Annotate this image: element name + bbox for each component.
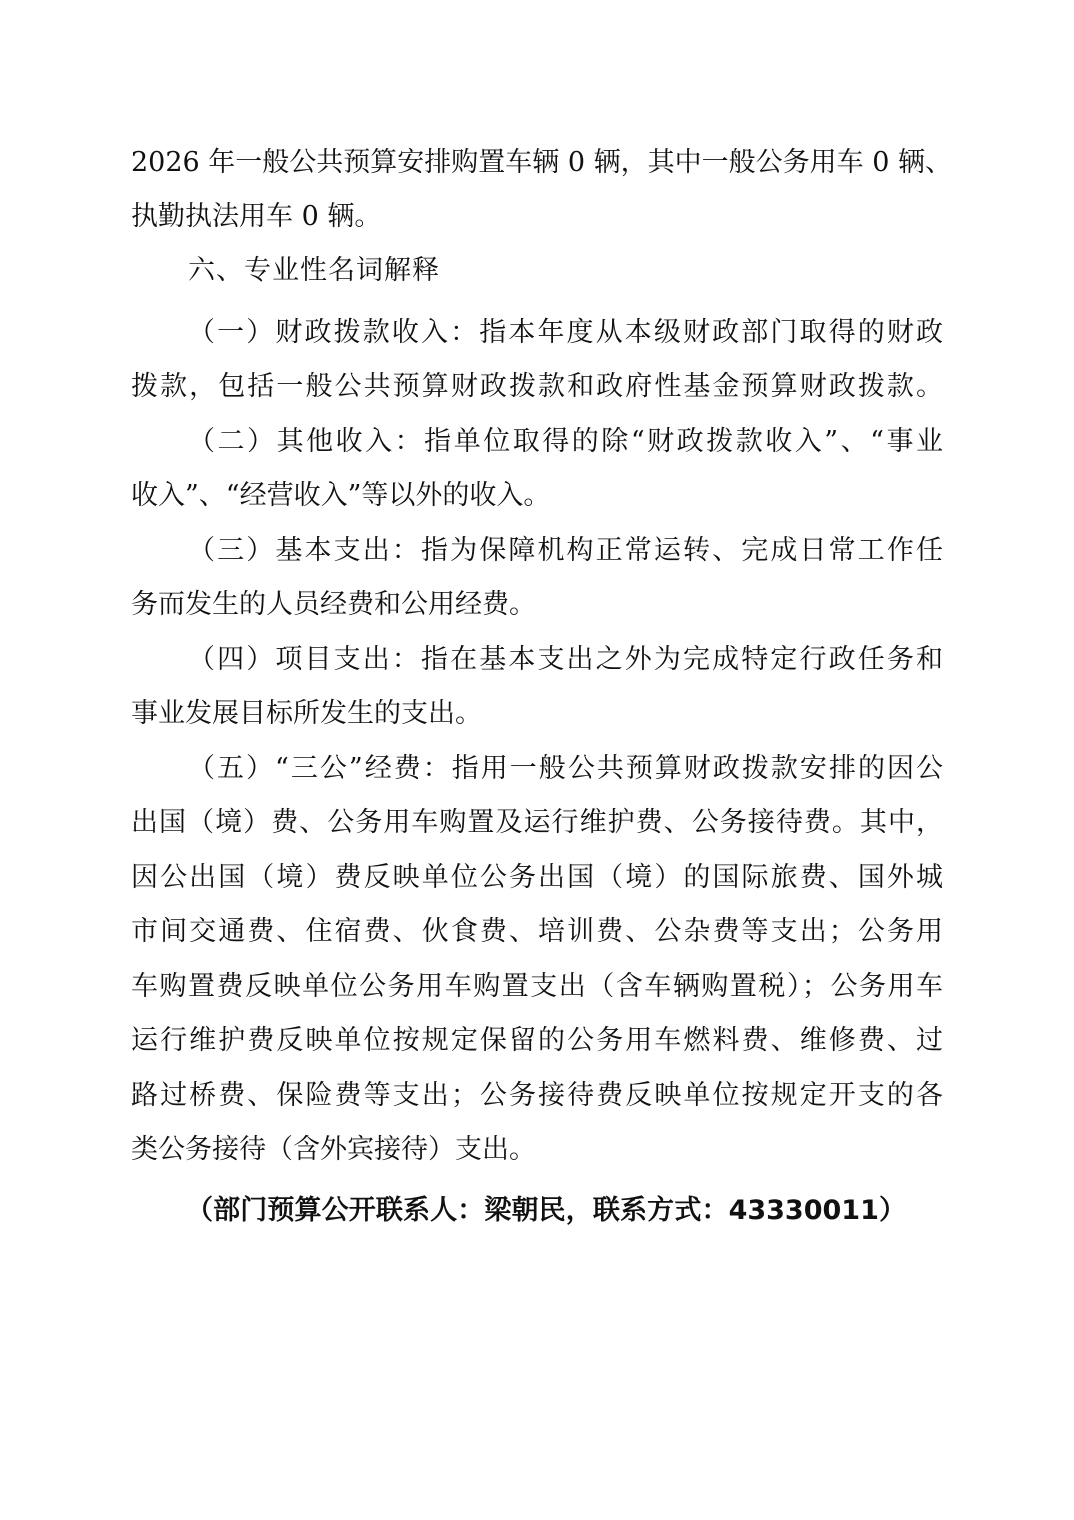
definition-5-line-5: 车购置费反映单位公务用车购置支出（含车辆购置税）；公务用车 [131, 970, 943, 1004]
definition-1-line-2: 拨款，包括一般公共预算财政拨款和政府性基金预算财政拨款。 [131, 370, 943, 404]
definition-3-line-1: （三）基本支出：指为保障机构正常运转、完成日常工作任 [188, 534, 943, 568]
intro-line-2: 执勤执法用车 0 辆。 [131, 200, 943, 234]
definition-2-line-2: 收入”、“经营收入”等以外的收入。 [131, 479, 943, 513]
definition-4-line-2: 事业发展目标所发生的支出。 [131, 697, 943, 731]
definition-2-line-1: （二）其他收入：指单位取得的除“财政拨款收入”、“事业 [188, 425, 943, 459]
definition-1-line-1: （一）财政拨款收入：指本年度从本级财政部门取得的财政 [188, 316, 943, 350]
definition-5-line-4: 市间交通费、住宿费、伙食费、培训费、公杂费等支出；公务用 [131, 915, 943, 949]
definition-5-line-1: （五）“三公”经费：指用一般公共预算财政拨款安排的因公 [188, 752, 943, 786]
definition-3-line-2: 务而发生的人员经费和公用经费。 [131, 588, 943, 622]
definition-5-line-2: 出国（境）费、公务用车购置及运行维护费、公务接待费。其中， [131, 806, 943, 840]
definition-5-line-8: 类公务接待（含外宾接待）支出。 [131, 1133, 943, 1167]
document-page: 2026 年一般公共预算安排购置车辆 0 辆，其中一般公务用车 0 辆、 执勤执… [0, 0, 1074, 1520]
definition-5-line-7: 路过桥费、保险费等支出；公务接待费反映单位按规定开支的各 [131, 1079, 943, 1113]
intro-line-1: 2026 年一般公共预算安排购置车辆 0 辆，其中一般公务用车 0 辆、 [131, 146, 943, 180]
definition-4-line-1: （四）项目支出：指在基本支出之外为完成特定行政任务和 [188, 643, 943, 677]
contact-info: （部门预算公开联系人：梁朝民，联系方式：43330011） [186, 1194, 906, 1228]
definition-5-line-6: 运行维护费反映单位按规定保留的公务用车燃料费、维修费、过 [131, 1024, 943, 1058]
section-heading: 六、专业性名词解释 [188, 254, 440, 288]
definition-5-line-3: 因公出国（境）费反映单位公务出国（境）的国际旅费、国外城 [131, 861, 943, 895]
